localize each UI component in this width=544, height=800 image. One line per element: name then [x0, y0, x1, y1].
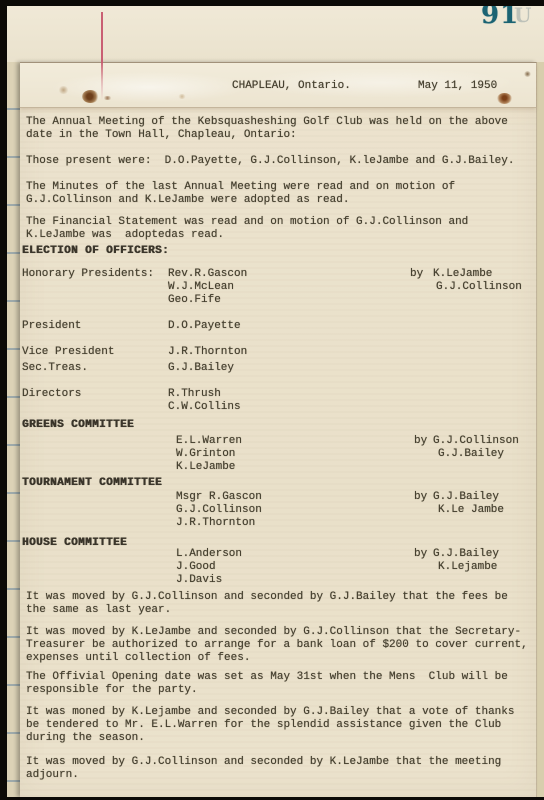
- committee-member: K.LeJambe: [176, 461, 235, 474]
- motion-line: It was moved by K.LeJambe and seconded b…: [26, 626, 521, 639]
- moved-by-name: G.J.Bailey: [438, 448, 504, 461]
- moved-by-name: K.LeJambe: [433, 268, 492, 281]
- motion-line: adjourn.: [26, 769, 79, 782]
- officer-label: Directors: [22, 388, 81, 401]
- election-heading: ELECTION OF OFFICERS:: [22, 245, 169, 258]
- intro-line: The Annual Meeting of the Kebsquasheshin…: [26, 116, 508, 129]
- committee-heading: TOURNAMENT COMMITTEE: [22, 477, 162, 490]
- motion-line: The Offivial Opening date was set as May…: [26, 671, 508, 684]
- intro-line: date in the Town Hall, Chapleau, Ontario…: [26, 129, 297, 142]
- officer-name: R.Thrush: [168, 388, 221, 401]
- minutes-line: G.J.Collinson and K.LeJambe were adopted…: [26, 194, 349, 207]
- moved-by-name: G.J.Collinson: [433, 435, 519, 448]
- motion-line: It was moved by G.J.Collinson and second…: [26, 591, 508, 604]
- moved-by-word: by: [410, 268, 423, 281]
- officer-label: Vice President: [22, 346, 114, 359]
- financial-line: The Financial Statement was read and on …: [26, 216, 468, 229]
- motion-line: It was moned by K.Lejambe and seconded b…: [26, 706, 514, 719]
- officer-name: J.R.Thornton: [168, 346, 247, 359]
- officer-name: Geo.Fife: [168, 294, 221, 307]
- moved-by-word: by: [414, 435, 427, 448]
- scan-border-left: [0, 0, 7, 800]
- committee-member: J.Good: [176, 561, 216, 574]
- committee-member: L.Anderson: [176, 548, 242, 561]
- committee-member: E.L.Warren: [176, 435, 242, 448]
- moved-by-name: K.Lejambe: [438, 561, 497, 574]
- committee-member: G.J.Collinson: [176, 504, 262, 517]
- dateline-date: May 11, 1950: [418, 80, 497, 93]
- motion-line: be tendered to Mr. E.L.Warren for the sp…: [26, 719, 501, 732]
- moved-by-name: G.J.Collinson: [436, 281, 522, 294]
- committee-member: J.Davis: [176, 574, 222, 587]
- officer-name: G.J.Bailey: [168, 362, 234, 375]
- officer-label: President: [22, 320, 81, 333]
- officer-label: Sec.Treas.: [22, 362, 88, 375]
- moved-by-word: by: [414, 491, 427, 504]
- committee-member: J.R.Thornton: [176, 517, 255, 530]
- motion-line: responsible for the party.: [26, 684, 198, 697]
- motion-line: the same as last year.: [26, 604, 171, 617]
- attendees-line: Those present were: D.O.Payette, G.J.Col…: [26, 155, 514, 168]
- committee-heading: GREENS COMMITTEE: [22, 419, 134, 432]
- financial-line: K.LeJambe was adoptedas read.: [26, 229, 224, 242]
- scanned-minutes-page: 91 U CHAPLEAU, Ontario. May 11, 1950 The…: [0, 0, 544, 800]
- moved-by-word: by: [414, 548, 427, 561]
- officer-name: Rev.R.Gascon: [168, 268, 247, 281]
- motion-line: expenses until collection of fees.: [26, 652, 250, 665]
- typed-text-layer: CHAPLEAU, Ontario. May 11, 1950 The Annu…: [0, 0, 544, 800]
- moved-by-name: G.J.Bailey: [433, 491, 499, 504]
- committee-heading: HOUSE COMMITTEE: [22, 537, 127, 550]
- motion-line: during the season.: [26, 732, 145, 745]
- motion-line: It was moved by G.J.Collinson and second…: [26, 756, 501, 769]
- officer-name: C.W.Collins: [168, 401, 241, 414]
- officer-label: Honorary Presidents:: [22, 268, 154, 281]
- scan-border-top: [0, 0, 544, 6]
- officer-name: W.J.McLean: [168, 281, 234, 294]
- officer-name: D.O.Payette: [168, 320, 241, 333]
- moved-by-name: G.J.Bailey: [433, 548, 499, 561]
- dateline-place: CHAPLEAU, Ontario.: [232, 80, 351, 93]
- committee-member: W.Grinton: [176, 448, 235, 461]
- committee-member: Msgr R.Gascon: [176, 491, 262, 504]
- moved-by-name: K.Le Jambe: [438, 504, 504, 517]
- minutes-line: The Minutes of the last Annual Meeting w…: [26, 181, 455, 194]
- motion-line: Treasurer be authorized to arrange for a…: [26, 639, 528, 652]
